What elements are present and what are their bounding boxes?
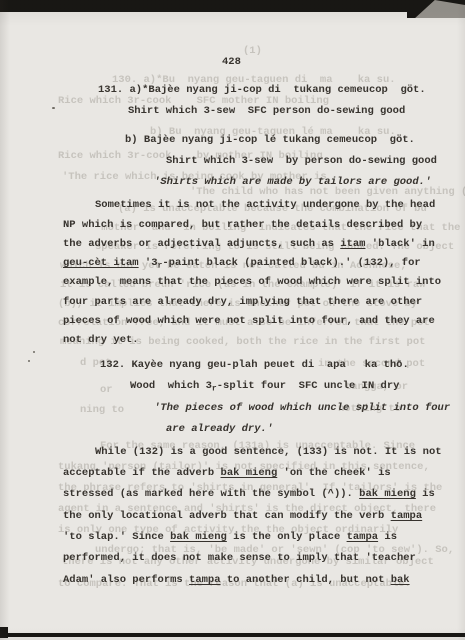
ink-speck <box>28 360 30 362</box>
example-132-line: 132. Kayèe nyang geu-plah peuet di apa k… <box>100 359 409 372</box>
text-segment: stressed (as marked here with the symbol… <box>63 488 359 500</box>
text-segment: is <box>378 531 397 543</box>
text-segment: '3 <box>139 257 158 269</box>
paragraph-1-line-1: Sometimes it is not the activity undergo… <box>95 199 435 212</box>
underlined-term-bak-mieng: bak mieng <box>359 488 416 500</box>
paragraph-2-line-5: 'to slap.' Since bak mieng is the only p… <box>63 531 397 544</box>
text-segment: 'on the cheek' is <box>277 467 390 479</box>
paragraph-2-line-4: the only locational adverb that can modi… <box>63 510 422 523</box>
underlined-term-tampa: tampa <box>391 510 423 522</box>
text-segment: the adverbs or adjectival adjuncts, such… <box>63 238 340 250</box>
example-132-translation-1: 'The pieces of wood which uncle split in… <box>154 402 450 415</box>
text-segment: acceptable if the adverb <box>63 467 221 479</box>
example-132-gloss: Wood which 3r-split four SFC uncle IN dr… <box>130 380 399 396</box>
underlined-term-bak-mieng: bak mieng <box>170 531 227 543</box>
example-132-translation-2: are already dry.' <box>166 423 273 436</box>
text-segment: 'black' in <box>365 238 434 250</box>
underlined-term-tampa: tampa <box>189 574 221 586</box>
example-131-gloss-b: Shirt which 3-sew by person do-sewing go… <box>166 155 437 168</box>
text-segment: is the only place <box>227 531 347 543</box>
underlined-term-itam: itam <box>340 238 365 250</box>
scan-top-band <box>0 0 465 12</box>
paragraph-2-line-3: stressed (as marked here with the symbol… <box>63 488 435 501</box>
text-segment: is <box>416 488 435 500</box>
paragraph-2-line-2: acceptable if the adverb bak mieng 'on t… <box>63 467 391 480</box>
paragraph-1-line-7: pieces of wood which were not split into… <box>63 315 435 328</box>
paragraph-1-line-4: geu-cèt itam '3r-paint black (painted bl… <box>63 257 421 273</box>
paragraph-2-line-7: Adam' also performs tampa to another chi… <box>63 574 410 587</box>
example-131-line-b: b) Bajèe nyang ji-cop lé tukang cemeucop… <box>125 134 415 147</box>
example-131-translation: 'Shirts which are made by tailors are go… <box>154 176 431 189</box>
paragraph-1-line-2: NP which is compared, but rather the det… <box>63 219 422 232</box>
scan-bottom-line <box>5 633 465 637</box>
paragraph-1-line-8: not dry yet. <box>63 334 139 347</box>
underlined-term-bak: bak <box>391 574 410 586</box>
bleedthrough-line: ning to <box>80 404 124 416</box>
text-segment: to another child, but not <box>221 574 391 586</box>
example-131-gloss-a: Shirt which 3-sew SFC person do-sewing g… <box>128 105 405 118</box>
paragraph-1-line-5: example, means that the pieces of wood w… <box>63 276 441 289</box>
text-segment: Wood which 3 <box>130 380 212 392</box>
text-segment: -split four SFC uncle IN dry <box>217 380 400 392</box>
scan-bottom-blob <box>0 627 8 638</box>
scanned-page: (1)130. a)*Bu nyang geu-taguen di ma ka … <box>0 0 465 640</box>
text-segment: -paint black (painted black).' (132), fo… <box>162 257 420 269</box>
text-segment: Adam' also performs <box>63 574 189 586</box>
paragraph-1-line-6: four parts are already dry, implying tha… <box>63 296 422 309</box>
underlined-term-tampa: tampa <box>347 531 379 543</box>
underlined-term-bak-mieng: bak mieng <box>221 467 278 479</box>
example-131-line-a: 131. a)*Bajèe nyang ji-cop di tukang cem… <box>98 84 426 97</box>
page-number: 428 <box>222 56 241 69</box>
bleedthrough-line: or <box>100 384 113 396</box>
ink-speck <box>52 107 55 109</box>
ink-speck <box>33 351 35 353</box>
paragraph-2-line-6: performed, it does not make sense to imp… <box>63 552 416 565</box>
paragraph-1-line-3: the adverbs or adjectival adjuncts, such… <box>63 238 435 251</box>
underlined-term-geu-cet-itam: geu-cèt itam <box>63 257 139 269</box>
text-segment: 'to slap.' Since <box>63 531 170 543</box>
paragraph-2-line-1: While (132) is a good sentence, (133) is… <box>95 446 442 459</box>
bleedthrough-line: (1) <box>243 45 262 57</box>
text-segment: the only locational adverb that can modi… <box>63 510 391 522</box>
